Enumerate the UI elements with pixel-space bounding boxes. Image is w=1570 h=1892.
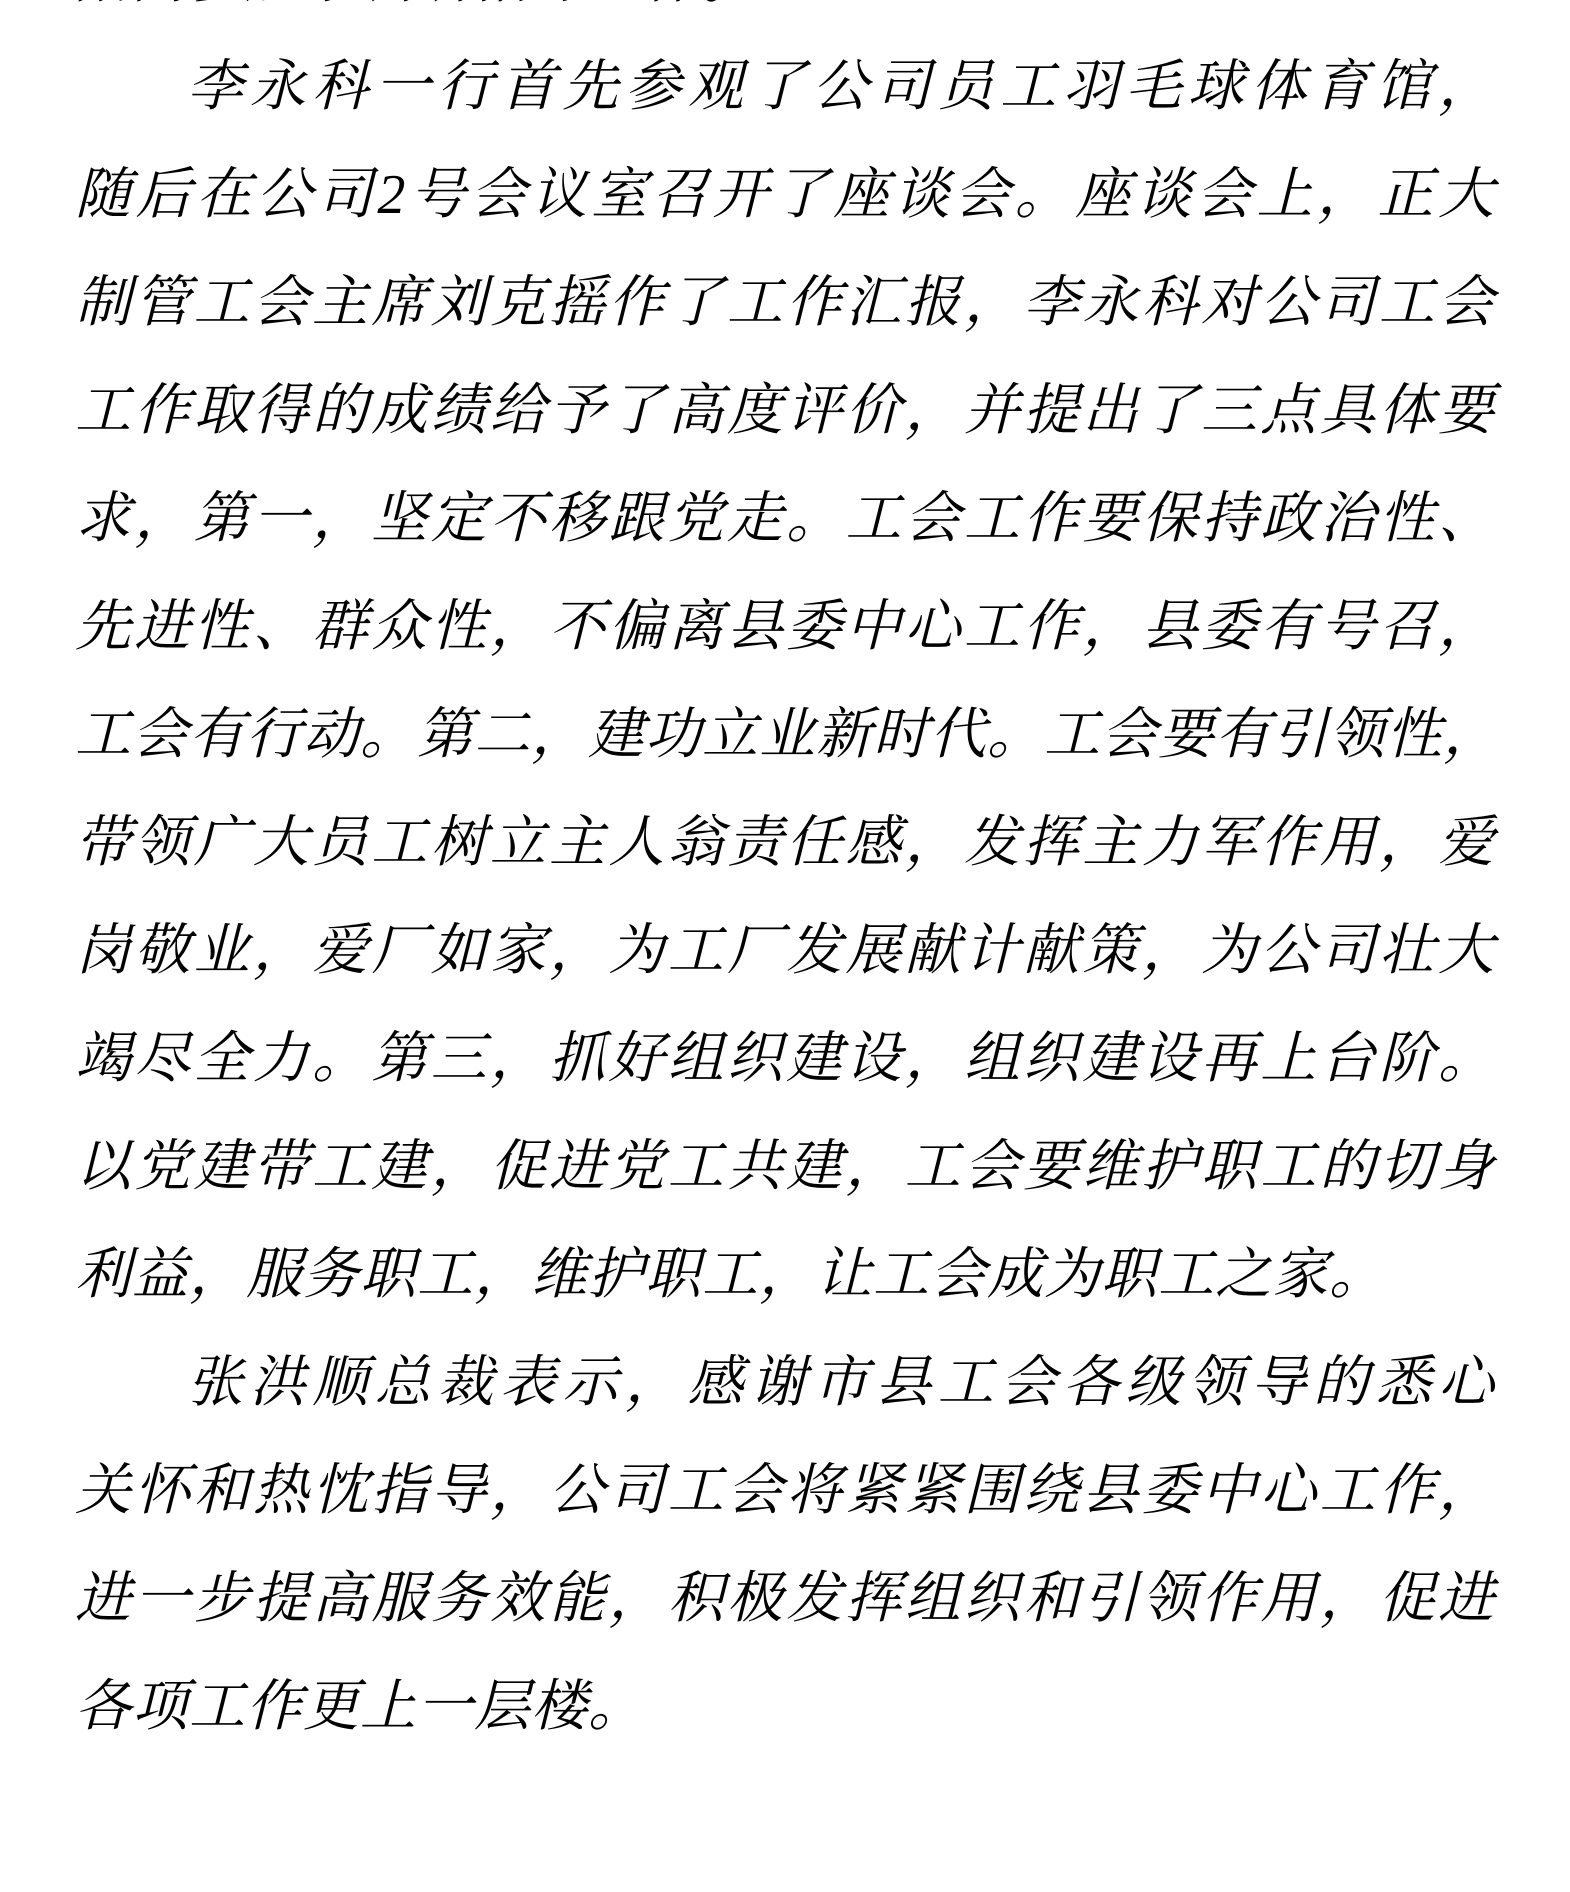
text-line: 制管工会主席刘克摇作了工作汇报，李永科对公司工会 [75, 249, 1495, 357]
document-text-block: 陪同参加了调研指导工作。 李永科一行首先参观了公司员工羽毛球体育馆， 随后在公司… [75, 0, 1495, 1761]
text-line: 进一步提高服务效能，积极发挥组织和引领作用，促进 [75, 1545, 1495, 1653]
document-page: 陪同参加了调研指导工作。 李永科一行首先参观了公司员工羽毛球体育馆， 随后在公司… [0, 0, 1570, 1892]
text-line: 李永科一行首先参观了公司员工羽毛球体育馆， [75, 33, 1495, 141]
text-line: 求，第一，坚定不移跟党走。工会工作要保持政治性、 [75, 465, 1495, 573]
text-line: 工会有行动。第二，建功立业新时代。工会要有引领性， [75, 681, 1495, 789]
text-line: 岗敬业，爱厂如家，为工厂发展献计献策，为公司壮大 [75, 897, 1495, 1005]
text-line: 先进性、群众性，不偏离县委中心工作，县委有号召， [75, 573, 1495, 681]
text-line: 带领广大员工树立主人翁责任感，发挥主力军作用，爱 [75, 789, 1495, 897]
text-line: 各项工作更上一层楼。 [75, 1653, 1495, 1761]
text-line: 竭尽全力。第三，抓好组织建设，组织建设再上台阶。 [75, 1005, 1495, 1113]
text-line: 关怀和热忱指导，公司工会将紧紧围绕县委中心工作， [75, 1437, 1495, 1545]
text-line: 以党建带工建，促进党工共建，工会要维护职工的切身 [75, 1113, 1495, 1221]
text-line-clipped-top: 陪同参加了调研指导工作。 [75, 0, 1495, 33]
text-line: 随后在公司2号会议室召开了座谈会。座谈会上，正大 [75, 141, 1495, 249]
text-line: 利益，服务职工，维护职工，让工会成为职工之家。 [75, 1221, 1495, 1329]
text-line: 张洪顺总裁表示，感谢市县工会各级领导的悉心 [75, 1329, 1495, 1437]
text-line: 工作取得的成绩给予了高度评价，并提出了三点具体要 [75, 357, 1495, 465]
